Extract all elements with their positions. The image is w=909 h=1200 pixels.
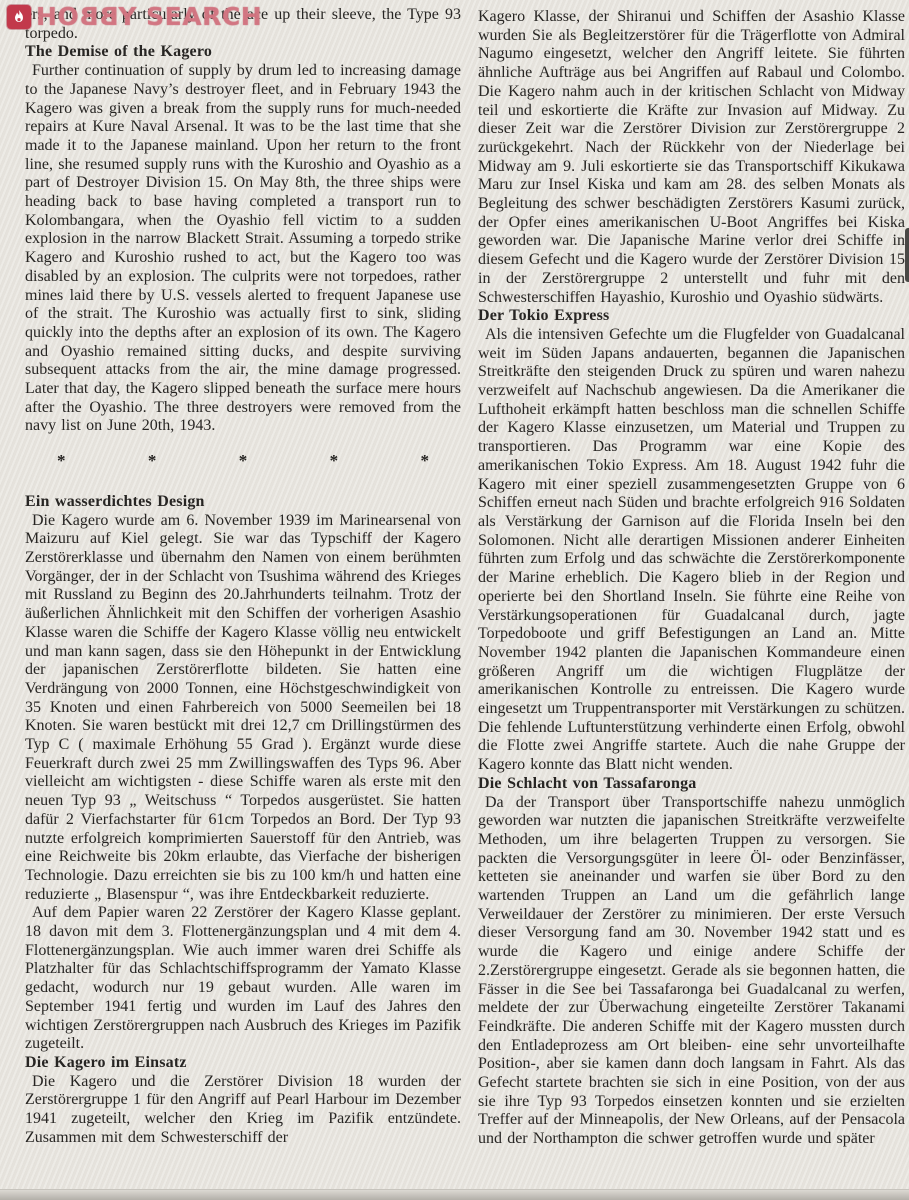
paragraph-continuation: ers, and more particularly of the ace up…	[25, 6, 461, 43]
asterisk: *	[148, 452, 157, 471]
paragraph: Auf dem Papier waren 22 Zerstörer der Ka…	[25, 904, 461, 1054]
scan-edge-bottom	[0, 1189, 909, 1200]
paragraph: Die Kagero wurde am 6. November 1939 im …	[25, 512, 461, 905]
asterisk: *	[330, 452, 339, 471]
asterisk: *	[421, 452, 430, 471]
asterisk: *	[57, 452, 66, 471]
paragraph: Da der Transport über Transportschiffe n…	[478, 794, 905, 1149]
section-heading: Die Schlacht von Tassafaronga	[478, 775, 905, 794]
scan-artifact-right-edge	[905, 228, 909, 282]
section-heading: The Demise of the Kagero	[25, 43, 461, 62]
paragraph-continuation: Kagero Klasse, der Shiranui und Schiffen…	[478, 8, 905, 307]
paragraph: Die Kagero und die Zerstörer Division 18…	[25, 1073, 461, 1148]
asterisk: *	[239, 452, 248, 471]
asterisk-separator: *****	[25, 436, 461, 493]
section-heading: Ein wasserdichtes Design	[25, 493, 461, 512]
section-heading: Die Kagero im Einsatz	[25, 1054, 461, 1073]
scanned-page: ers, and more particularly of the ace up…	[0, 0, 909, 1200]
paragraph: Als die intensiven Gefechte um die Flugf…	[478, 326, 905, 775]
section-heading: Der Tokio Express	[478, 307, 905, 326]
text-column-left: ers, and more particularly of the ace up…	[25, 6, 461, 1147]
text-column-right: Kagero Klasse, der Shiranui und Schiffen…	[478, 8, 905, 1149]
paragraph: Further continuation of supply by drum l…	[25, 62, 461, 436]
